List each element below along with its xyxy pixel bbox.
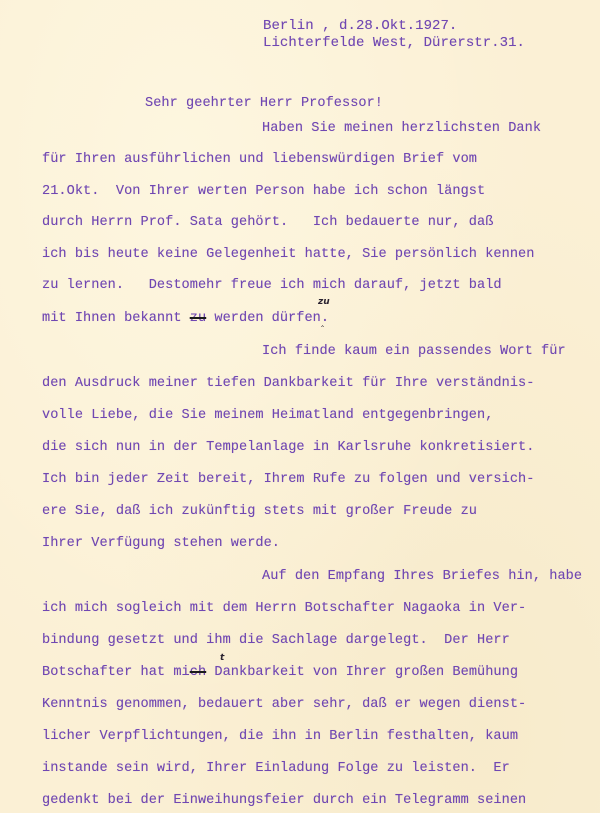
body-line: ich bis heute keine Gelegenheit hatte, S… <box>42 247 534 263</box>
line-text: Botschafter hat mi <box>42 665 190 680</box>
body-line: Auf den Empfang Ihres Briefes hin, habe <box>262 569 582 585</box>
letter-paper: Berlin , d.28.Okt.1927. Lichterfelde Wes… <box>0 0 600 813</box>
insertion-caret-icon: ‸ <box>321 318 324 328</box>
body-line: volle Liebe, die Sie meinem Heimatland e… <box>42 408 493 424</box>
handwritten-insertion: zu <box>318 297 330 307</box>
body-line: den Ausdruck meiner tiefen Dankbarkeit f… <box>42 376 534 392</box>
struck-letters: ch <box>190 665 206 680</box>
line-text: mit Ihnen bekannt <box>42 311 190 326</box>
struck-word: zu <box>190 311 206 326</box>
line-text: werden <box>206 311 263 326</box>
body-line: licher Verpflichtungen, die ihn in Berli… <box>42 729 518 745</box>
body-line: 21.Okt. Von Ihrer werten Person habe ich… <box>42 184 485 200</box>
body-line: durch Herrn Prof. Sata gehört. Ich bedau… <box>42 215 493 231</box>
body-line-with-correction: Botschafter hat mich Dankbarkeit von Ihr… <box>42 665 518 681</box>
body-line: Ich finde kaum ein passendes Wort für <box>262 344 566 360</box>
body-line: Ich bin jeder Zeit bereit, Ihrem Rufe zu… <box>42 472 534 488</box>
body-line: ich mich sogleich mit dem Herrn Botschaf… <box>42 601 526 617</box>
body-line: bindung gesetzt und ihm die Sachlage dar… <box>42 633 510 649</box>
date-line: Berlin , d.28.Okt.1927. <box>263 18 457 34</box>
handwritten-insertion: t <box>220 653 224 663</box>
body-line: für Ihren ausführlichen und liebenswürdi… <box>42 152 477 168</box>
body-line: ere Sie, daß ich zukünftig stets mit gro… <box>42 504 477 520</box>
body-line: Ihrer Verfügung stehen werde. <box>42 536 280 552</box>
body-line: Haben Sie meinen herzlichsten Dank <box>262 121 541 137</box>
line-text: Dankbarkeit von Ihrer großen Bemühung <box>206 665 518 680</box>
body-line: die sich nun in der Tempelanlage in Karl… <box>42 440 534 456</box>
body-line-with-correction: mit Ihnen bekannt zu werdendürfen. <box>42 311 329 327</box>
body-line: Kenntnis genommen, bedauert aber sehr, d… <box>42 697 526 713</box>
address-line: Lichterfelde West, Dürerstr.31. <box>263 35 525 51</box>
body-line: gedenkt bei der Einweihungsfeier durch e… <box>42 793 526 809</box>
body-line: zu lernen. Destomehr freue ich mich dara… <box>42 278 502 294</box>
salutation: Sehr geehrter Herr Professor! <box>145 96 383 112</box>
body-line: instande sein wird, Ihrer Einladung Folg… <box>42 761 510 777</box>
